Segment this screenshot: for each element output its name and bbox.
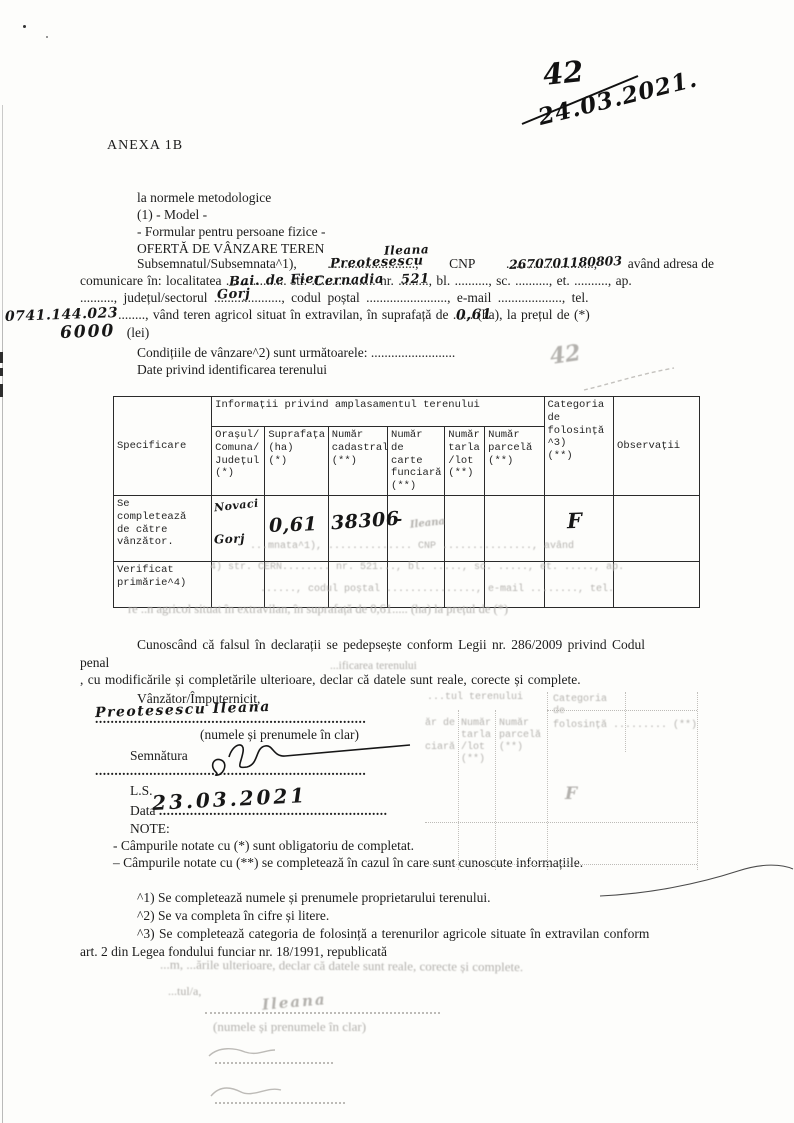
county-handwriting: Gorj bbox=[217, 286, 251, 302]
offer-line-1-end: având adresa de bbox=[628, 256, 714, 272]
cnp-field: .........................., 267070118080… bbox=[506, 256, 597, 272]
semnatura-label: Semnătura bbox=[130, 748, 188, 764]
offer-line-1-text: Subsemnatul/Subsemnata^1), bbox=[137, 256, 297, 272]
ghost-text: de bbox=[553, 706, 565, 717]
ghost-text: Număr bbox=[499, 718, 529, 729]
ghost-text: ăr de bbox=[425, 718, 455, 729]
county-field: ...................., Gorj bbox=[214, 290, 285, 306]
ghost-text: folosință ......... (**) bbox=[553, 720, 697, 731]
ghost-line: ...tul/a, bbox=[168, 984, 201, 999]
ghost-table-line bbox=[547, 692, 548, 870]
col-categoria: Categoria de folosință ^3) (**) bbox=[544, 397, 614, 496]
anexa-label: ANEXA 1B bbox=[107, 138, 183, 154]
ghost-text: (**) bbox=[461, 754, 485, 765]
scan-edge-dash bbox=[0, 368, 3, 376]
col-parcela: Număr parcelă (**) bbox=[485, 427, 544, 496]
ghost-table-line bbox=[495, 710, 496, 870]
ghost-text: Categoria bbox=[553, 694, 607, 705]
col-carte-funciara: Număr de carte funciară (**) bbox=[388, 427, 445, 496]
ghost-dotted-line bbox=[205, 1012, 440, 1014]
ghost-line: ...ificarea terenului bbox=[330, 660, 417, 672]
name-field: .........................., Preotesescu … bbox=[327, 256, 418, 272]
carte-handwriting: - bbox=[396, 510, 403, 529]
intro-line-3: - Formular pentru persoane fizice - bbox=[137, 224, 326, 240]
oras-handwriting-top: Novaci bbox=[214, 497, 260, 515]
street-field: ................... Cernadia bbox=[311, 273, 375, 289]
ghost-stamp-number: 42 bbox=[548, 340, 582, 370]
ghost-line: ...mnata^1), .............. CNP ........… bbox=[250, 541, 710, 552]
ghost-handwriting-name: Ileana bbox=[261, 990, 327, 1014]
col-suprafata: Suprafața (ha) (*) bbox=[265, 427, 328, 496]
area-handwriting: 0,61 bbox=[456, 306, 493, 323]
scan-edge-dash bbox=[0, 384, 3, 397]
ghost-scribble bbox=[580, 360, 680, 400]
ghost-table-line bbox=[425, 822, 697, 823]
ghost-text: Număr bbox=[461, 718, 491, 729]
categoria-handwriting: F bbox=[566, 508, 582, 534]
ghost-text: parcelă bbox=[499, 730, 541, 741]
ghost-scribble bbox=[205, 1078, 335, 1102]
ghost-dotted-line bbox=[215, 1062, 333, 1064]
ghost-text: ...tul terenului bbox=[427, 692, 523, 703]
number-field: ........., 521 bbox=[398, 273, 432, 289]
firstname-handwriting: Ileana bbox=[384, 242, 430, 258]
col-tarla: Număr tarla /lot (**) bbox=[445, 427, 485, 496]
footnote-3: ^3) Se completează categoria de folosinț… bbox=[137, 926, 649, 942]
table-caption: Date privind identificarea terenului bbox=[137, 362, 327, 378]
col-cadastral: Număr cadastral (**) bbox=[328, 427, 387, 496]
data-label: Data ...................................… bbox=[130, 803, 387, 819]
ghost-line: re ..n agricol situat în extravilan, în … bbox=[128, 602, 508, 617]
ghost-line: (numele și prenumele în clar) bbox=[213, 1019, 366, 1035]
note-title: NOTE: bbox=[130, 821, 170, 837]
scan-edge-line bbox=[2, 105, 3, 310]
ghost-handwriting-f: F bbox=[565, 784, 577, 804]
footnote-2: ^2) Se va completa în cifre și litere. bbox=[137, 908, 329, 924]
offer-line-3: .........., județul/sectorul ...........… bbox=[80, 290, 720, 306]
ghost-line: ...m, ...ările ulterioare, declar că dat… bbox=[160, 957, 523, 976]
scan-edge-dash bbox=[0, 352, 3, 363]
scan-curve-artifact bbox=[598, 856, 794, 898]
declaration-line-1: Cunoscând că falsul în declarații se ped… bbox=[137, 637, 645, 653]
offer-line-1: Subsemnatul/Subsemnata^1), .............… bbox=[137, 256, 714, 272]
col-observatii: Observații bbox=[614, 397, 700, 496]
street-handwriting: Cernadia bbox=[314, 272, 384, 289]
ghost-text: ciară bbox=[425, 742, 455, 753]
offer-line-2: comunicare în: localitatea .............… bbox=[80, 273, 720, 289]
col-specificare: Specificare bbox=[114, 397, 212, 496]
row-seller-label: Se completează de către vânzător. bbox=[114, 495, 212, 561]
ghost-text: /lot bbox=[461, 742, 485, 753]
span-header: Informații privind amplasamentul terenul… bbox=[212, 397, 544, 427]
ghost-table-line bbox=[547, 710, 697, 711]
ghost-scribble bbox=[205, 1040, 325, 1062]
row-verified-label: Verificat primărie^4) bbox=[114, 561, 212, 607]
scan-speck bbox=[46, 36, 48, 38]
scan-edge-line bbox=[2, 310, 3, 1123]
ghost-table-line bbox=[697, 692, 698, 870]
price-handwriting: 6000 bbox=[60, 321, 116, 343]
dotted-line: ........................................… bbox=[95, 763, 366, 779]
note-item-1: - Câmpurile notate cu (*) sunt obligator… bbox=[113, 838, 414, 854]
cnp-handwriting: 2670701180803 bbox=[509, 253, 623, 272]
intro-line-1: la normele metodologice bbox=[137, 190, 271, 206]
ghost-name-scrawl: Ileana bbox=[409, 516, 445, 532]
offer-line-5: 6000 (lei) bbox=[60, 322, 149, 342]
dotted-line: ........................................… bbox=[95, 711, 366, 727]
scan-speck bbox=[23, 25, 26, 28]
area-field: ...... 0,61 bbox=[453, 307, 473, 323]
col-oras: Orașul/ Comuna/ Județul (*) bbox=[212, 427, 265, 496]
declaration-line-2: penal bbox=[80, 655, 109, 671]
lei-label: (lei) bbox=[127, 325, 150, 340]
ghost-line: ......, codul poștal ..............., e-… bbox=[260, 584, 730, 595]
ghost-text: (**) bbox=[499, 742, 523, 753]
suprafata-handwriting: 0,61 bbox=[269, 513, 318, 538]
declaration-line-3: , cu modificările și completările ulteri… bbox=[80, 672, 581, 688]
conditions-line: Condițiile de vânzare^2) sunt următoarel… bbox=[137, 345, 455, 361]
footnote-1: ^1) Se completează numele și prenumele p… bbox=[137, 890, 490, 906]
number-handwriting: 521 bbox=[401, 272, 430, 288]
ghost-line: 4) str. CERN........ nr. 521..., bl. ...… bbox=[210, 562, 730, 573]
intro-line-2: (1) - Model - bbox=[137, 207, 207, 223]
land-table: Specificare Informații privind amplasame… bbox=[113, 396, 700, 608]
oras-handwriting-bottom: Gorj bbox=[214, 531, 245, 547]
ls-label: L.S. bbox=[130, 783, 153, 799]
document-title: OFERTĂ DE VÂNZARE TEREN bbox=[137, 241, 324, 257]
ghost-table: ...tul terenului Categoria de folosință … bbox=[425, 692, 700, 872]
ghost-dotted-line bbox=[215, 1102, 345, 1104]
ghost-text: tarla bbox=[461, 730, 491, 741]
document-page: 42 24.03.2021. ANEXA 1B la normele metod… bbox=[0, 0, 794, 1123]
cnp-label: CNP bbox=[449, 256, 475, 272]
ghost-table-line bbox=[458, 710, 459, 870]
